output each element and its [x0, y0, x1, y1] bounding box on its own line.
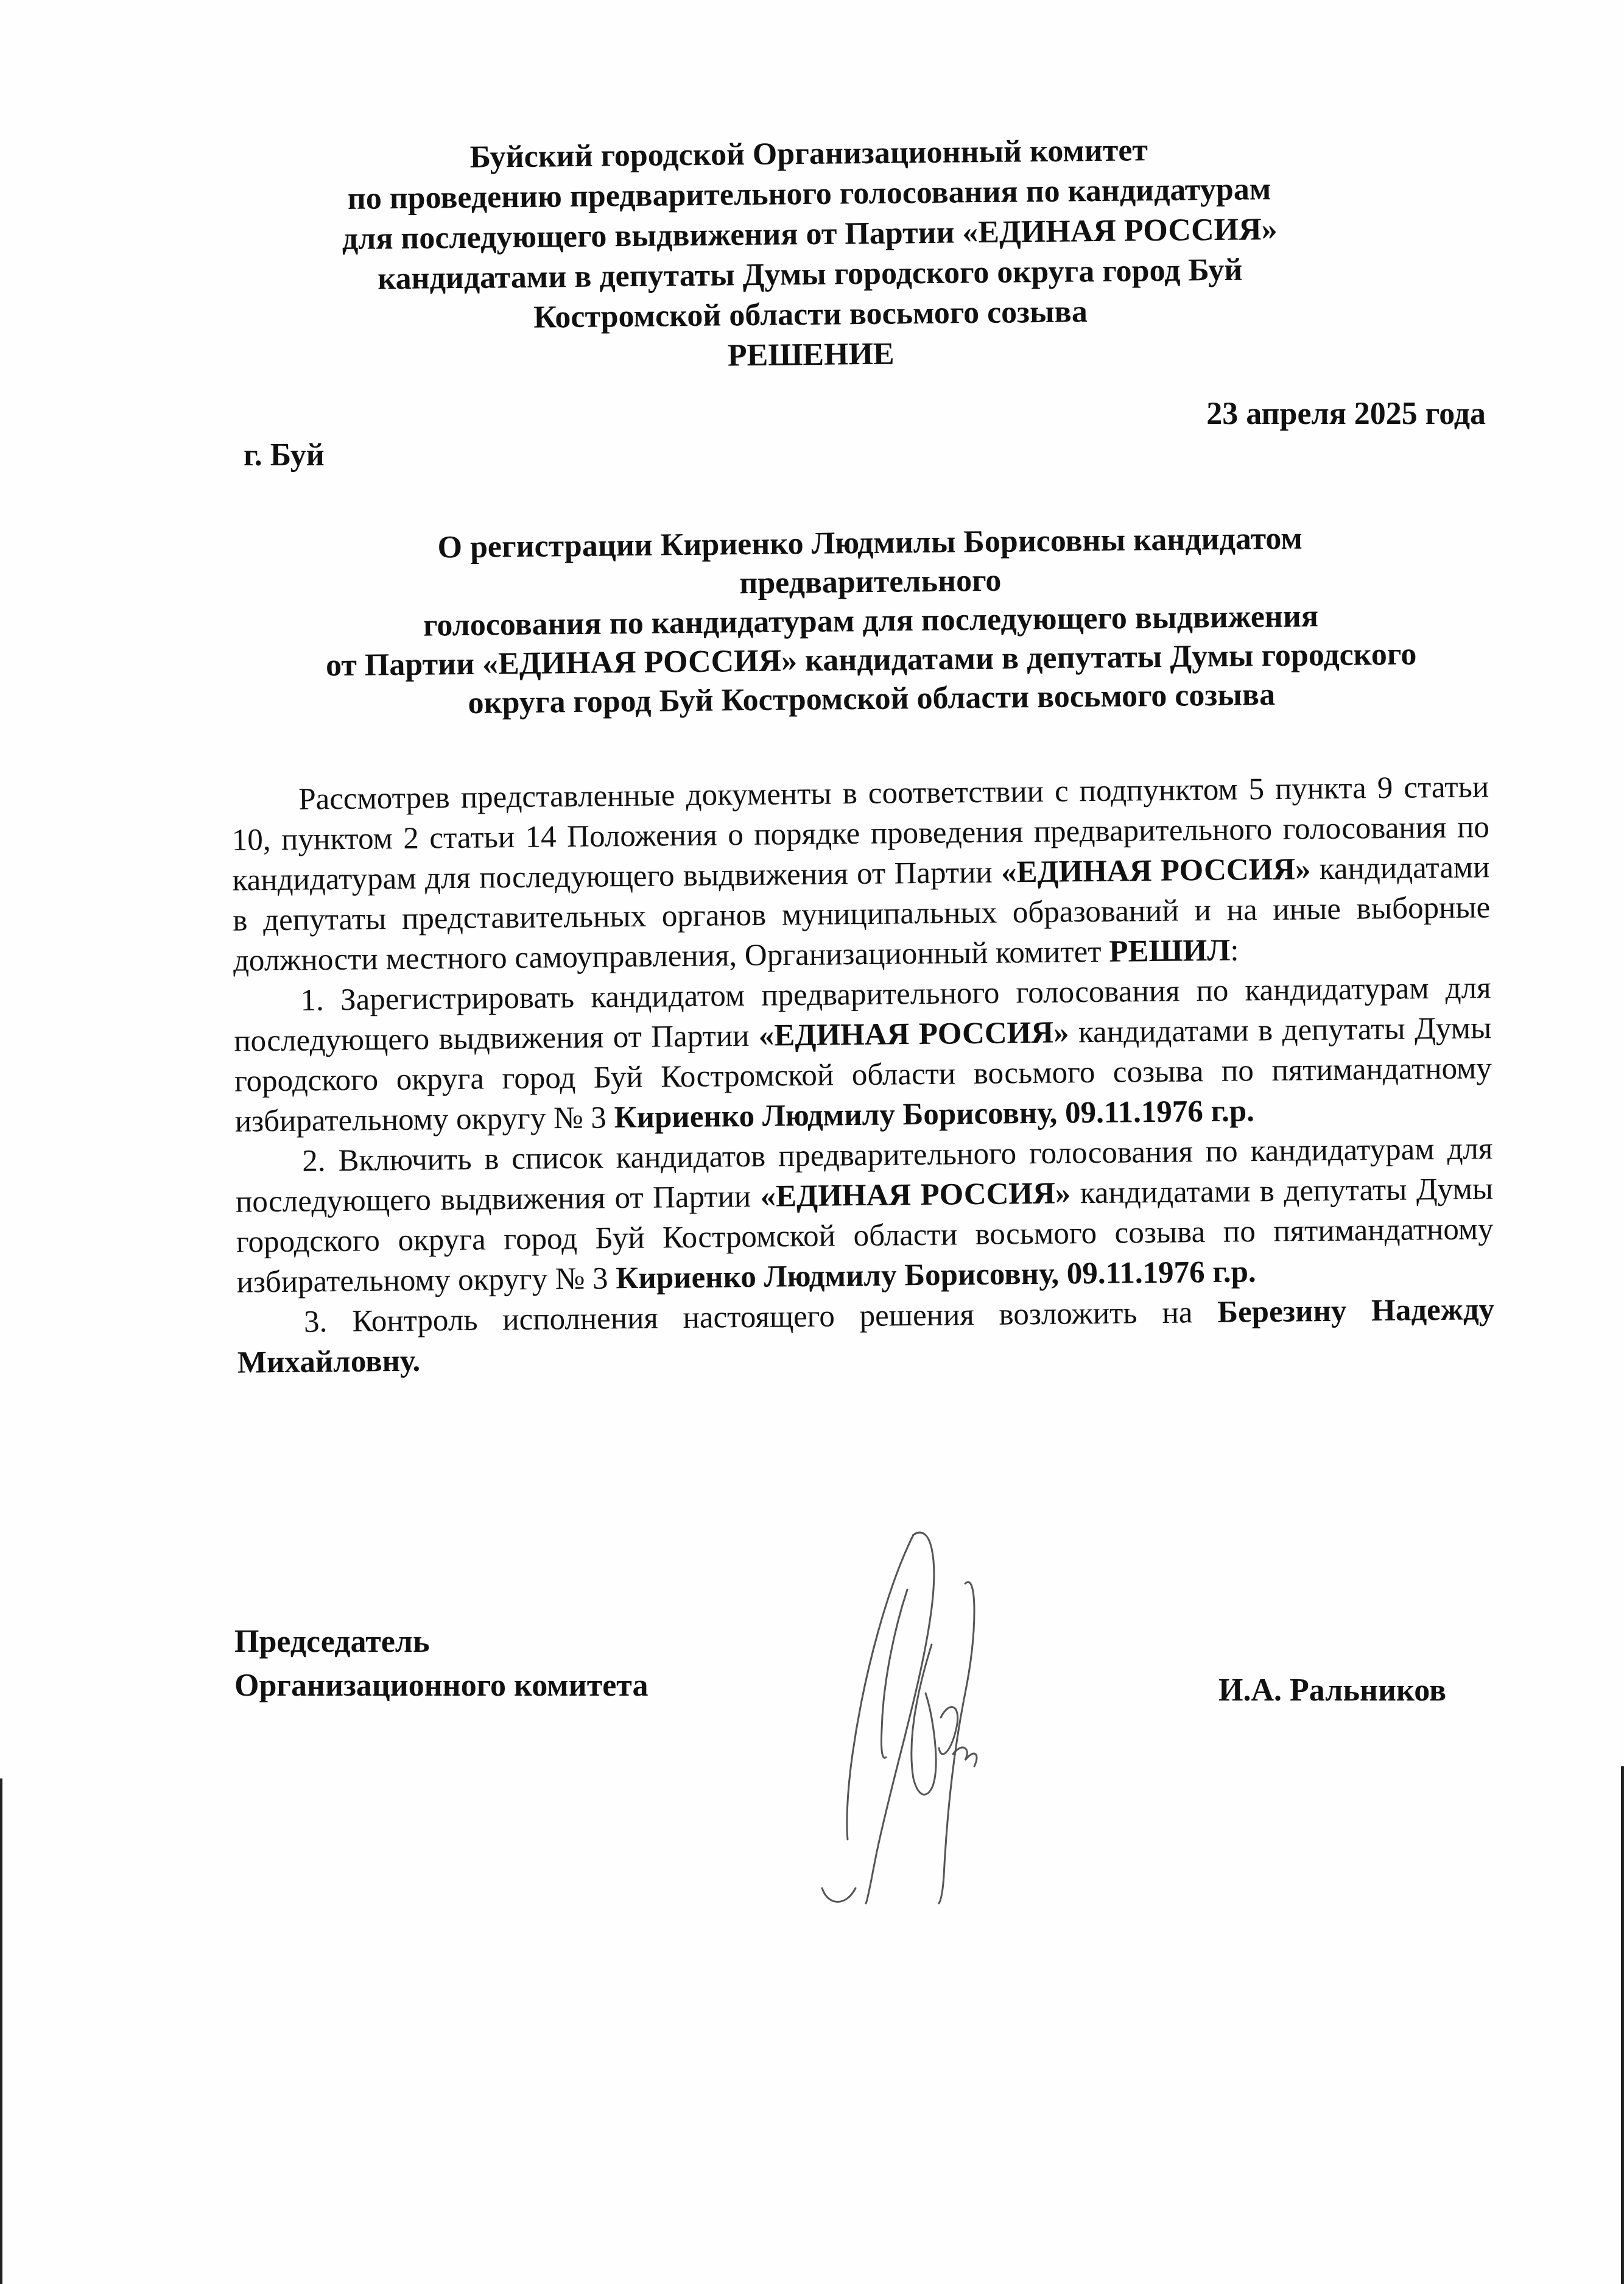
candidate-name: Кириенко Людмилу Борисовну, 09.11.1976 г…: [614, 1094, 1254, 1135]
document-page: Буйский городской Организационный комите…: [0, 0, 1624, 2284]
signatory-role: Председатель Организационного комитета: [234, 1620, 648, 1708]
decision-subject: О регистрации Кириенко Людмилы Борисовны…: [230, 517, 1511, 725]
party-name: «ЕДИНАЯ РОССИЯ»: [759, 1015, 1069, 1052]
punctuation: :: [1230, 934, 1239, 968]
role-line: Организационного комитета: [234, 1664, 648, 1708]
role-line: Председатель: [234, 1620, 648, 1664]
preamble-paragraph: Рассмотрев представленные документы в со…: [231, 767, 1491, 981]
place-date-row: г. Буй 23 апреля 2025 года: [244, 396, 1486, 469]
party-name: «ЕДИНАЯ РОССИЯ»: [760, 1176, 1070, 1213]
item-number: 1.: [300, 983, 324, 1017]
item-number: 3.: [304, 1305, 328, 1339]
signatory-name: И.А. Ральников: [1218, 1669, 1446, 1713]
scan-edge-right: [1621, 1766, 1624, 2284]
decision-item-3: 3. Контроль исполнения настоящего решени…: [237, 1289, 1495, 1383]
decision-item-1: 1. Зарегистрировать кандидатом предварит…: [233, 968, 1492, 1142]
scan-edge-left: [0, 1778, 2, 2284]
item-number: 2.: [302, 1144, 326, 1178]
document-header: Буйский городской Организационный комите…: [242, 128, 1377, 381]
decided-keyword: РЕШИЛ: [1109, 934, 1230, 969]
item-text: Контроль исполнения настоящего решения в…: [327, 1295, 1217, 1339]
handwritten-signature-icon: [810, 1510, 1090, 1906]
place: г. Буй: [244, 437, 325, 473]
decision-item-2: 2. Включить в список кандидатов предвари…: [235, 1129, 1494, 1303]
date: 23 апреля 2025 года: [1206, 396, 1486, 432]
party-name: «ЕДИНАЯ РОССИЯ»: [1001, 852, 1311, 889]
candidate-name: Кириенко Людмилу Борисовну, 09.11.1976 г…: [616, 1255, 1256, 1295]
decision-body: Рассмотрев представленные документы в со…: [231, 767, 1495, 1383]
